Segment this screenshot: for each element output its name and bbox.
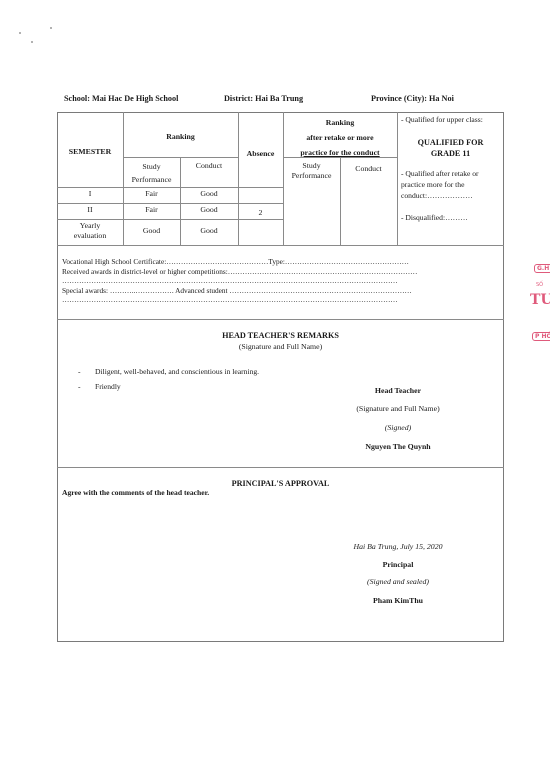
district-name: District: Hai Ba Trung: [224, 94, 303, 103]
retake-study-header: Study Performance: [283, 161, 340, 181]
qualified-result: QUALIFIED FOR GRADE 11: [397, 137, 504, 159]
head-teacher-signature: (Signed): [340, 423, 456, 433]
principal-role: Principal: [340, 560, 456, 570]
conduct-header: Conduct: [180, 161, 238, 171]
principal-name: Pham KimThu: [340, 596, 456, 606]
remarks-subtitle: (Signature and Full Name): [57, 342, 504, 352]
head-teacher-caption: (Signature and Full Name): [330, 404, 466, 414]
row-study: Fair: [123, 189, 180, 199]
remark-bullet: -: [78, 382, 81, 391]
head-teacher-role: Head Teacher: [340, 386, 456, 396]
approval-text: Agree with the comments of the head teac…: [62, 488, 209, 497]
retake-ranking-header: Ranking after retake or more practice fo…: [283, 115, 397, 160]
approval-place-date: Hai Ba Trung, July 15, 2020: [330, 542, 466, 552]
row-semester: Yearly evaluation: [57, 221, 123, 241]
district-awards: Received awards in district-level or hig…: [62, 267, 500, 277]
province-name: Province (City): Ha Noi: [371, 94, 454, 103]
scan-speck: [31, 41, 33, 43]
special-awards-continued: ……………………………………………………………………………………………………………: [62, 295, 500, 305]
head-teacher-name: Nguyen The Quynh: [330, 442, 466, 452]
remarks-title: HEAD TEACHER'S REMARKS: [57, 331, 504, 341]
disqualified-label: - Disqualified:………: [401, 213, 468, 222]
special-awards: Special awards: ………..……………. Advanced stu…: [62, 286, 500, 296]
row-semester: I: [57, 189, 123, 199]
qualified-after-retake: - Qualified after retake or practice mor…: [401, 168, 479, 201]
scan-speck: [50, 27, 52, 29]
principal-signature: (Signed and sealed): [330, 577, 466, 587]
remark-item: Diligent, well-behaved, and conscientiou…: [95, 367, 259, 376]
scan-speck: [19, 32, 21, 34]
ranking-header: Ranking: [123, 132, 238, 142]
qualified-upper-label: - Qualified for upper class:: [401, 115, 483, 124]
row-absence: 2: [238, 208, 283, 218]
district-awards-continued: ……………………………………………………………………………………………………………: [62, 276, 500, 286]
semester-header: SEMESTER: [57, 147, 123, 157]
absence-header: Absence: [238, 149, 283, 159]
study-performance-header: Study Performance: [123, 160, 180, 186]
retake-conduct-header: Conduct: [340, 164, 397, 174]
official-seal-stamp: G.H SỐ TƯP P HỒ: [528, 258, 550, 358]
row-study: Fair: [123, 205, 180, 215]
row-study: Good: [123, 226, 180, 236]
row-conduct: Good: [180, 226, 238, 236]
remark-item: Friendly: [95, 382, 121, 391]
vocational-certificate: Vocational High School Certificate:………………: [62, 257, 500, 267]
row-semester: II: [57, 205, 123, 215]
row-conduct: Good: [180, 189, 238, 199]
remark-bullet: -: [78, 367, 81, 376]
certificates-section: Vocational High School Certificate:………………: [62, 257, 500, 305]
school-name: School: Mai Hac De High School: [64, 94, 178, 103]
row-conduct: Good: [180, 205, 238, 215]
